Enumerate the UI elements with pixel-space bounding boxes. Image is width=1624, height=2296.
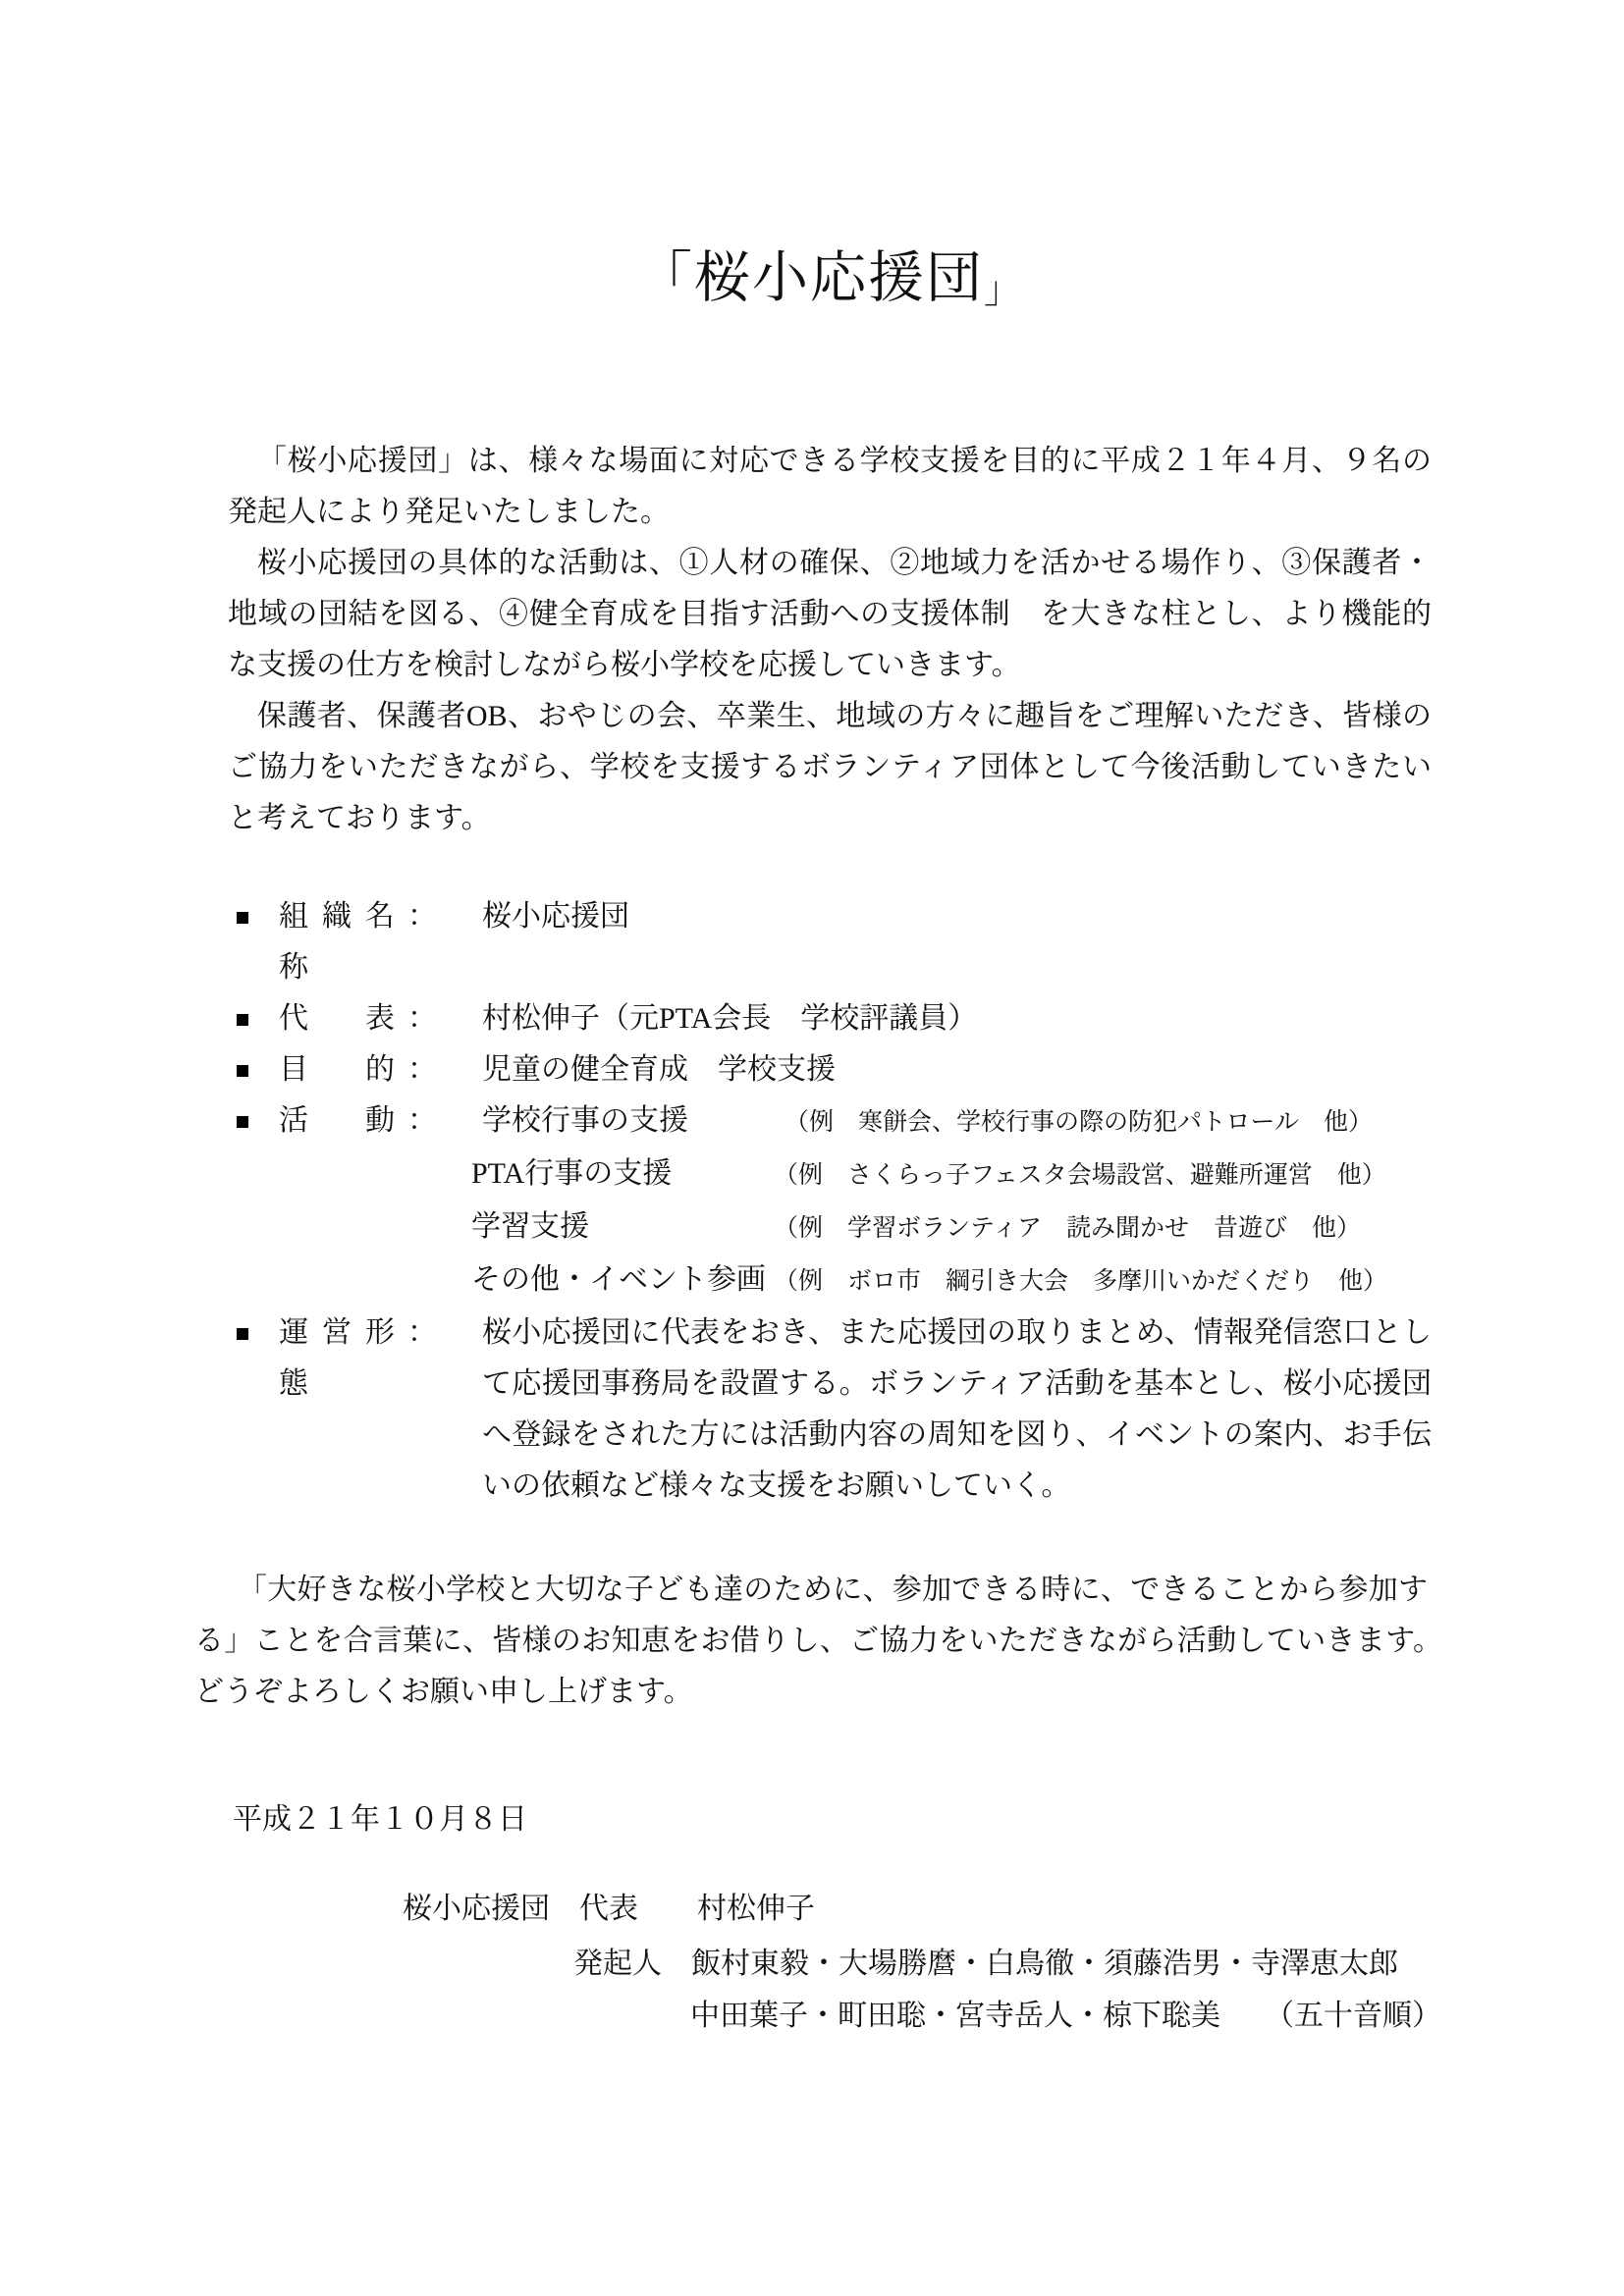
item-label: 活動 xyxy=(279,1095,395,1147)
bullet-square-icon xyxy=(237,1044,279,1095)
signature-line-founders-1: 発起人 飯村東毅・大場勝麿・白鳥徹・須藤浩男・寺澤恵太郎 xyxy=(573,1939,1624,1990)
document-page: 「桜小応援団」 「桜小応援団」は、様々な場面に対応できる学校支援を目的に平成２１… xyxy=(0,0,1624,2296)
activities-subtable: PTA行事の支援 （例 さくらっ子フェスタ会場設営、避難所運営 他） 学習支援 … xyxy=(471,1148,1432,1308)
intro-paragraph: 保護者、保護者OB、おやじの会、卒業生、地域の方々に趣旨をご理解いただき、皆様の… xyxy=(228,691,1432,844)
intro-paragraph: 桜小応援団の具体的な活動は、①人材の確保、②地域力を活かせる場作り、③保護者・地… xyxy=(228,538,1432,691)
activity-example: （例 さくらっ子フェスタ会場設営、避難所運営 他） xyxy=(774,1150,1432,1201)
activity-example: （例 ボロ市 綱引き大会 多摩川いかだくだり 他） xyxy=(774,1256,1432,1308)
item-value: 村松伸子（元PTA会長 学校評議員） xyxy=(482,993,1432,1044)
item-label: 運営形態 xyxy=(279,1308,395,1410)
item-label: 代表 xyxy=(279,993,395,1044)
item-label: 目的 xyxy=(279,1044,395,1095)
closing-paragraph: 「大好きな桜小学校と大切な子ども達のために、参加できる時に、できることから参加す… xyxy=(194,1565,1428,1718)
list-item-org-name: 組織名称 ： 桜小応援団 xyxy=(237,891,1432,993)
signature-line-founders-2: 中田葉子・町田聡・宮寺岳人・椋下聡美 （五十音順） xyxy=(690,1991,1624,2042)
intro-section: 「桜小応援団」は、様々な場面に対応できる学校支援を目的に平成２１年４月、９名の発… xyxy=(228,436,1432,844)
signature-block: 桜小応援団 代表 村松伸子 発起人 飯村東毅・大場勝麿・白鳥徹・須藤浩男・寺澤恵… xyxy=(0,1884,1624,2042)
item-value: 桜小応援団に代表をおき、また応援団の取りまとめ、情報発信窓口として応援団事務局を… xyxy=(482,1308,1432,1512)
activity-name: その他・イベント参画 xyxy=(471,1255,774,1306)
item-value: 桜小応援団 xyxy=(482,891,1432,942)
bullet-square-icon xyxy=(237,1095,279,1147)
bullet-square-icon xyxy=(237,891,279,942)
list-item-representative: 代表 ： 村松伸子（元PTA会長 学校評議員） xyxy=(237,993,1432,1044)
list-item-purpose: 目的 ： 児童の健全育成 学校支援 xyxy=(237,1044,1432,1095)
list-item-operation: 運営形態 ： 桜小応援団に代表をおき、また応援団の取りまとめ、情報発信窓口として… xyxy=(237,1308,1432,1512)
page-title: 「桜小応援団」 xyxy=(0,245,1624,324)
item-label: 組織名称 xyxy=(279,891,395,993)
organization-list: 組織名称 ： 桜小応援団 代表 ： 村松伸子（元PTA会長 学校評議員） 目的 … xyxy=(237,891,1432,1512)
activity-name: PTA行事の支援 xyxy=(471,1148,774,1200)
bullet-square-icon xyxy=(237,1308,279,1359)
bullet-square-icon xyxy=(237,993,279,1044)
activity-row: 学習支援 （例 学習ボランティア 読み聞かせ 昔遊び 他） xyxy=(471,1201,1432,1255)
activity-example: （例 学習ボランティア 読み聞かせ 昔遊び 他） xyxy=(774,1203,1432,1255)
item-colon: ： xyxy=(407,993,437,1044)
item-value: 児童の健全育成 学校支援 xyxy=(482,1044,1432,1095)
page-title-text: 「桜小応援団 xyxy=(636,247,984,309)
activity-name: 学校行事の支援 xyxy=(482,1095,785,1147)
activity-row: 学校行事の支援 （例 寒餅会、学校行事の際の防犯パトロール 他） xyxy=(482,1095,1432,1148)
item-colon: ： xyxy=(407,891,437,942)
item-colon: ： xyxy=(407,1308,437,1359)
signature-line-representative: 桜小応援団 代表 村松伸子 xyxy=(403,1884,1624,1935)
activity-row: PTA行事の支援 （例 さくらっ子フェスタ会場設営、避難所運営 他） xyxy=(471,1148,1432,1201)
list-item-activities: 活動 ： 学校行事の支援 （例 寒餅会、学校行事の際の防犯パトロール 他） xyxy=(237,1095,1432,1148)
activity-row: その他・イベント参画 （例 ボロ市 綱引き大会 多摩川いかだくだり 他） xyxy=(471,1255,1432,1308)
intro-paragraph: 「桜小応援団」は、様々な場面に対応できる学校支援を目的に平成２１年４月、９名の発… xyxy=(228,436,1432,538)
item-colon: ： xyxy=(407,1044,437,1095)
item-value: 学校行事の支援 （例 寒餅会、学校行事の際の防犯パトロール 他） xyxy=(482,1095,1432,1148)
item-colon: ： xyxy=(407,1095,437,1147)
activity-example: （例 寒餅会、学校行事の際の防犯パトロール 他） xyxy=(785,1097,1432,1148)
date-line: 平成２１年１０月８日 xyxy=(233,1794,1624,1845)
page-title-close-bracket: 」 xyxy=(984,270,1023,311)
activity-name: 学習支援 xyxy=(471,1201,774,1253)
